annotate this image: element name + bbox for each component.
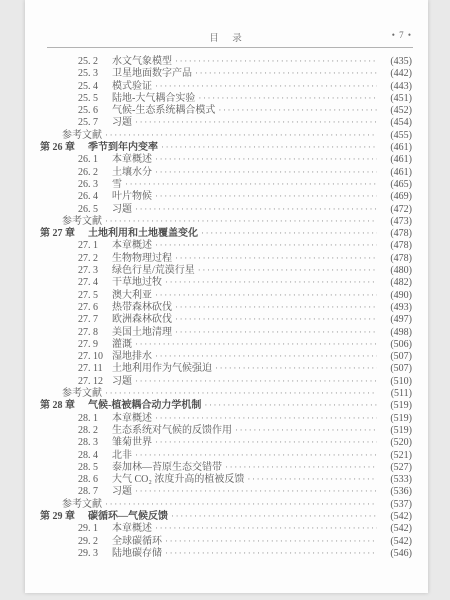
dot-leader — [155, 166, 377, 179]
dot-leader — [135, 449, 377, 462]
entry-number: 28. 4 — [78, 450, 112, 462]
entry-number: 28. 2 — [78, 425, 112, 437]
entry-page-number: (542) — [380, 523, 412, 535]
entry-page-number: (478) — [380, 228, 412, 240]
dot-leader — [165, 547, 377, 560]
dot-leader — [135, 375, 377, 388]
entry-number: 第 26 章 — [40, 142, 88, 154]
entry-title: 本章概述 — [112, 413, 152, 425]
toc-row: 29. 3陆地碳存储(546) — [25, 547, 412, 559]
entry-title: 泰加林—苔原生态交错带 — [112, 462, 222, 474]
entry-number: 29. 1 — [78, 523, 112, 535]
entry-page-number: (452) — [380, 105, 412, 117]
toc-row: 参考文献(537) — [25, 498, 412, 510]
page-header: 目 录 • 7 • — [25, 30, 428, 44]
toc-row: 27. 5澳大利亚(490) — [25, 289, 412, 301]
entry-number: 第 27 章 — [40, 228, 88, 240]
toc-row: 27. 2生物物理过程(478) — [25, 252, 412, 264]
entry-title: 模式验证 — [112, 81, 152, 93]
entry-number: 27. 8 — [78, 327, 112, 339]
entry-page-number: (542) — [380, 536, 412, 548]
entry-page-number: (482) — [380, 277, 412, 289]
toc-row: 27. 12习题(510) — [25, 375, 412, 387]
entry-number: 第 29 章 — [40, 511, 88, 523]
toc-row: 参考文献(455) — [25, 129, 412, 141]
entry-page-number: (442) — [380, 68, 412, 80]
entry-page-number: (478) — [380, 240, 412, 252]
dot-leader — [105, 215, 377, 228]
dot-leader — [155, 350, 377, 363]
toc-row: 26. 2土壤水分(461) — [25, 166, 412, 178]
toc-row: 26. 1本章概述(461) — [25, 153, 412, 165]
entry-number: 27. 5 — [78, 290, 112, 302]
toc-row: 参考文献(511) — [25, 387, 412, 399]
entry-number: 27. 1 — [78, 240, 112, 252]
entry-title: 灌溉 — [112, 339, 132, 351]
dot-leader — [175, 252, 377, 265]
entry-number: 28. 3 — [78, 437, 112, 449]
toc-row: 28. 6大气 CO₂ 浓度升高的植被反馈(533) — [25, 473, 412, 485]
entry-number: 25. 6 — [78, 105, 112, 117]
entry-title: 全球碳循环 — [112, 536, 162, 548]
entry-title: 参考文献 — [62, 388, 102, 400]
entry-page-number: (537) — [380, 499, 412, 511]
dot-leader — [105, 498, 377, 511]
entry-number: 第 28 章 — [40, 400, 88, 412]
entry-title: 北非 — [112, 450, 132, 462]
entry-page-number: (519) — [380, 425, 412, 437]
entry-page-number: (469) — [380, 191, 412, 203]
entry-page-number: (521) — [380, 450, 412, 462]
entry-page-number: (533) — [380, 474, 412, 486]
dot-leader — [175, 301, 377, 314]
dot-leader — [201, 227, 377, 240]
entry-title: 澳大利亚 — [112, 290, 152, 302]
dot-leader — [155, 522, 377, 535]
entry-page-number: (536) — [380, 486, 412, 498]
entry-page-number: (507) — [380, 351, 412, 363]
entry-title: 雪 — [112, 179, 122, 191]
entry-page-number: (519) — [380, 413, 412, 425]
entry-title: 本章概述 — [112, 154, 152, 166]
entry-page-number: (498) — [380, 327, 412, 339]
toc-row: 28. 4北非(521) — [25, 449, 412, 461]
entry-number: 28. 1 — [78, 413, 112, 425]
toc-row: 25. 2水文气象模型(435) — [25, 55, 412, 67]
entry-title: 参考文献 — [62, 216, 102, 228]
dot-leader — [135, 116, 377, 129]
dot-leader — [165, 276, 377, 289]
entry-number: 25. 3 — [78, 68, 112, 80]
entry-page-number: (478) — [380, 253, 412, 265]
entry-page-number: (472) — [380, 204, 412, 216]
entry-title: 陆地碳存储 — [112, 548, 162, 560]
toc-row: 27. 9灌溉(506) — [25, 338, 412, 350]
toc-row: 26. 5习题(472) — [25, 203, 412, 215]
entry-number: 27. 10 — [78, 351, 112, 363]
dot-leader — [175, 55, 377, 68]
dot-leader — [175, 313, 377, 326]
entry-page-number: (480) — [380, 265, 412, 277]
entry-number: 26. 1 — [78, 154, 112, 166]
toc-row: 27. 4干草地过牧(482) — [25, 276, 412, 288]
toc-row: 28. 7习题(536) — [25, 485, 412, 497]
toc-row: 27. 11土地利用作为气候强迫(507) — [25, 362, 412, 374]
entry-page-number: (506) — [380, 339, 412, 351]
entry-number: 25. 4 — [78, 81, 112, 93]
toc-row: 第 26 章季节到年内变率(461) — [25, 141, 412, 153]
entry-page-number: (497) — [380, 314, 412, 326]
toc-row: 27. 3绿色行星/荒漠行星(480) — [25, 264, 412, 276]
entry-title: 参考文献 — [62, 499, 102, 511]
entry-page-number: (527) — [380, 462, 412, 474]
entry-number: 26. 3 — [78, 179, 112, 191]
entry-number: 28. 6 — [78, 474, 112, 486]
entry-title: 陆地-大气耦合实验 — [112, 93, 195, 105]
entry-page-number: (520) — [380, 437, 412, 449]
entry-title: 生物物理过程 — [112, 253, 172, 265]
entry-number: 25. 2 — [78, 56, 112, 68]
header-title: 目 录 — [209, 34, 244, 44]
toc-row: 29. 2全球碳循环(542) — [25, 535, 412, 547]
entry-page-number: (455) — [380, 130, 412, 142]
entry-number: 27. 4 — [78, 277, 112, 289]
dot-leader — [235, 424, 377, 437]
dot-leader — [155, 436, 377, 449]
toc-row: 28. 2生态系统对气候的反馈作用(519) — [25, 424, 412, 436]
entry-page-number: (490) — [380, 290, 412, 302]
entry-title: 季节到年内变率 — [88, 142, 158, 154]
dot-leader — [135, 485, 377, 498]
toc-row: 第 29 章碳循环—气候反馈(542) — [25, 510, 412, 522]
dot-leader — [165, 535, 377, 548]
toc-row: 27. 10湿地排水(507) — [25, 350, 412, 362]
entry-number: 29. 2 — [78, 536, 112, 548]
dot-leader — [175, 326, 377, 339]
toc-row: 28. 3雏菊世界(520) — [25, 436, 412, 448]
entry-page-number: (451) — [380, 93, 412, 105]
dot-leader — [161, 141, 377, 154]
dot-leader — [215, 362, 377, 375]
entry-page-number: (473) — [380, 216, 412, 228]
entry-page-number: (493) — [380, 302, 412, 314]
dot-leader — [225, 461, 377, 474]
toc-row: 27. 7欧洲森林砍伐(497) — [25, 313, 412, 325]
toc-row: 第 27 章土地利用和土地覆盖变化(478) — [25, 227, 412, 239]
entry-page-number: (511) — [380, 388, 412, 400]
dot-leader — [155, 412, 377, 425]
entry-number: 27. 3 — [78, 265, 112, 277]
toc-row: 26. 4叶片物候(469) — [25, 190, 412, 202]
toc-row: 25. 3卫星地面数字产品(442) — [25, 67, 412, 79]
toc-row: 28. 5泰加林—苔原生态交错带(527) — [25, 461, 412, 473]
dot-leader — [105, 387, 377, 400]
toc-row: 29. 1本章概述(542) — [25, 522, 412, 534]
entry-page-number: (507) — [380, 363, 412, 375]
dot-leader — [125, 178, 377, 191]
dot-leader — [155, 289, 377, 302]
entry-page-number: (465) — [380, 179, 412, 191]
entry-title: 水文气象模型 — [112, 56, 172, 68]
toc-row: 参考文献(473) — [25, 215, 412, 227]
toc-row: 27. 1本章概述(478) — [25, 239, 412, 251]
entry-title: 参考文献 — [62, 130, 102, 142]
entry-page-number: (461) — [380, 154, 412, 166]
toc-row: 25. 7习题(454) — [25, 116, 412, 128]
dot-leader — [204, 399, 377, 412]
entry-number: 28. 5 — [78, 462, 112, 474]
toc-row: 第 28 章气候-植被耦合动力学机制(519) — [25, 399, 412, 411]
entry-number: 27. 11 — [78, 363, 112, 375]
toc-row: 27. 6热带森林砍伐(493) — [25, 301, 412, 313]
entry-title: 本章概述 — [112, 523, 152, 535]
entry-title: 湿地排水 — [112, 351, 152, 363]
dot-leader — [155, 153, 377, 166]
dot-leader — [195, 67, 377, 80]
toc-row: 26. 3雪(465) — [25, 178, 412, 190]
dot-leader — [135, 338, 377, 351]
dot-leader — [135, 203, 377, 216]
toc-row: 27. 8美国土地清理(498) — [25, 326, 412, 338]
entry-number: 26. 2 — [78, 167, 112, 179]
entry-page-number: (435) — [380, 56, 412, 68]
dot-leader — [105, 129, 377, 142]
entry-page-number: (510) — [380, 376, 412, 388]
toc-row: 25. 4模式验证(443) — [25, 80, 412, 92]
entry-number: 27. 6 — [78, 302, 112, 314]
dot-leader — [171, 510, 377, 523]
dot-leader — [247, 473, 377, 486]
entry-number: 29. 3 — [78, 548, 112, 560]
dot-leader — [198, 92, 377, 105]
dot-leader — [198, 264, 377, 277]
toc-row: 25. 5陆地-大气耦合实验(451) — [25, 92, 412, 104]
header-rule — [47, 47, 413, 48]
dot-leader — [155, 190, 377, 203]
toc-list: 25. 2水文气象模型(435)25. 3卫星地面数字产品(442)25. 4模… — [25, 55, 428, 559]
toc-row: 28. 1本章概述(519) — [25, 412, 412, 424]
book-page: 目 录 • 7 • 25. 2水文气象模型(435)25. 3卫星地面数字产品(… — [25, 0, 428, 593]
entry-number: 27. 7 — [78, 314, 112, 326]
entry-number: 25. 5 — [78, 93, 112, 105]
entry-number: 27. 2 — [78, 253, 112, 265]
dot-leader — [155, 80, 377, 93]
entry-page-number: (519) — [380, 400, 412, 412]
entry-page-number: (454) — [380, 117, 412, 129]
dot-leader — [218, 104, 377, 117]
entry-title: 热带森林砍伐 — [112, 302, 172, 314]
entry-page-number: (542) — [380, 511, 412, 523]
entry-page-number: (546) — [380, 548, 412, 560]
dot-leader — [155, 239, 377, 252]
entry-number: 26. 4 — [78, 191, 112, 203]
entry-page-number: (443) — [380, 81, 412, 93]
entry-page-number: (461) — [380, 167, 412, 179]
entry-title: 欧洲森林砍伐 — [112, 314, 172, 326]
entry-number: 27. 9 — [78, 339, 112, 351]
header-page-number: • 7 • — [392, 30, 412, 40]
entry-title: 本章概述 — [112, 240, 152, 252]
toc-row: 25. 6气候-生态系统耦合模式(452) — [25, 104, 412, 116]
entry-page-number: (461) — [380, 142, 412, 154]
